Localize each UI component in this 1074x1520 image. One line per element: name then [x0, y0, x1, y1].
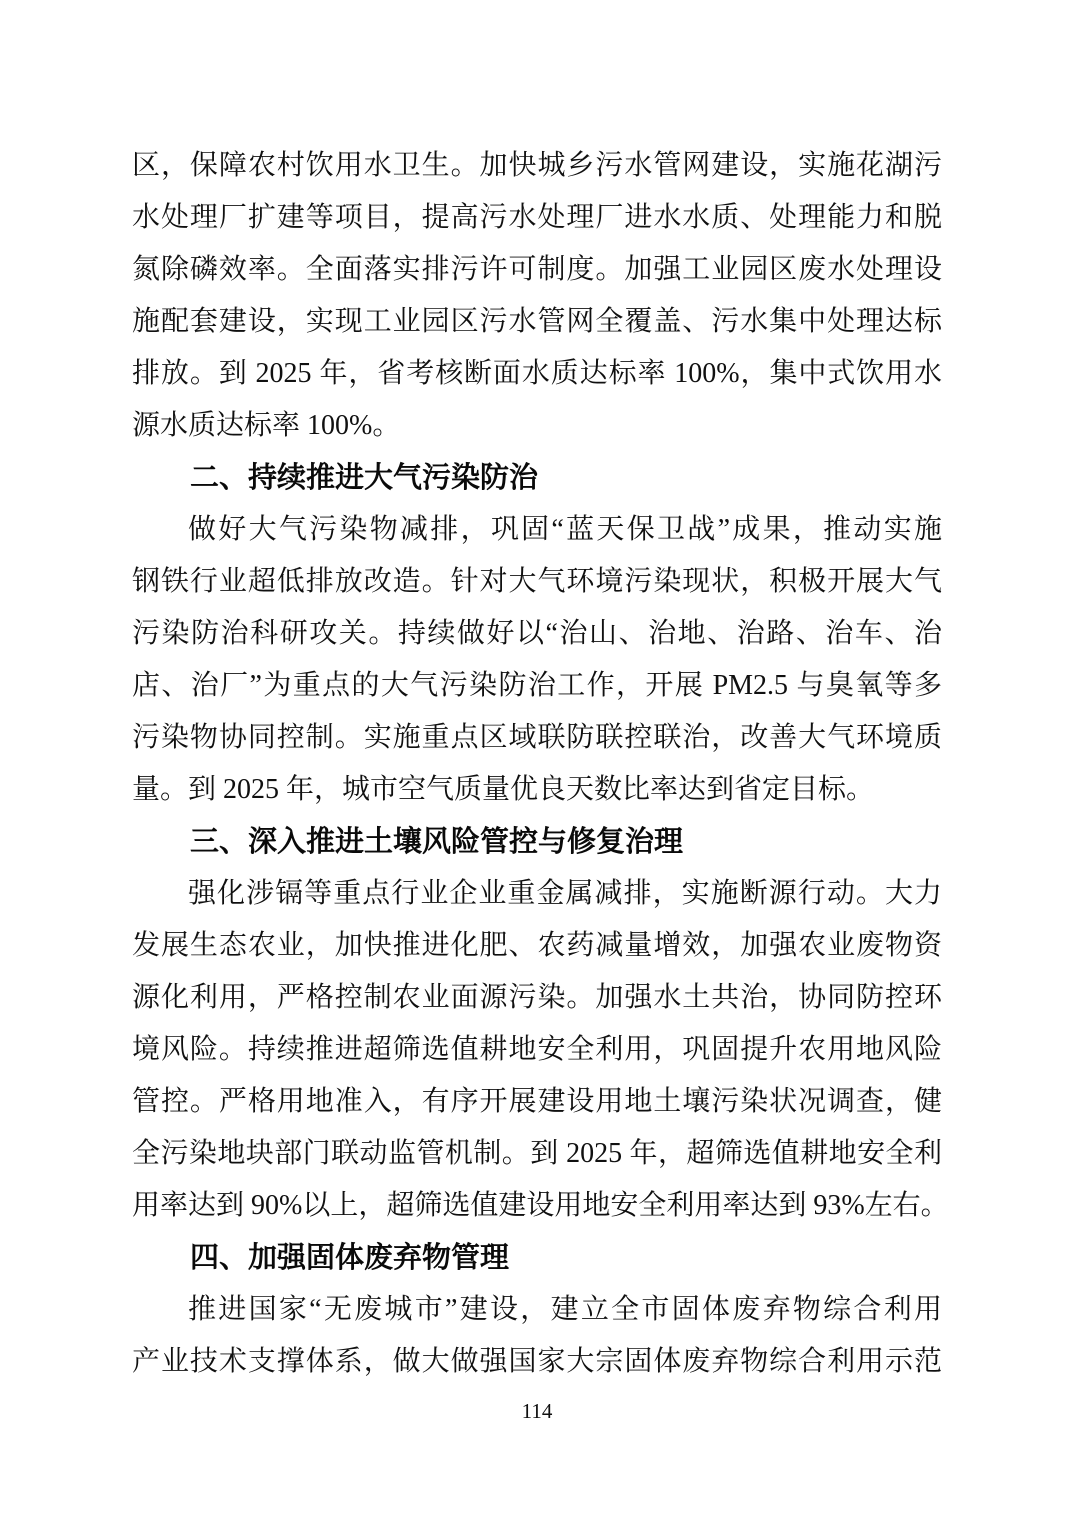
text-line: 污染物协同控制。实施重点区域联防联控联治，改善大气环境质 [132, 712, 942, 764]
page-number: 114 [522, 1398, 553, 1424]
text-line: 管控。严格用地准入，有序开展建设用地土壤污染状况调查，健 [132, 1076, 942, 1128]
text-line: 水处理厂扩建等项目，提高污水处理厂进水水质、处理能力和脱 [132, 192, 942, 244]
text-line: 排放。到 2025 年，省考核断面水质达标率 100%，集中式饮用水 [132, 348, 942, 400]
text-line: 境风险。持续推进超筛选值耕地安全利用，巩固提升农用地风险 [132, 1024, 942, 1076]
text-line: 氮除磷效率。全面落实排污许可制度。加强工业园区废水处理设 [132, 244, 942, 296]
text-line: 源化利用，严格控制农业面源污染。加强水土共治，协同防控环 [132, 972, 942, 1024]
text-line: 强化涉镉等重点行业企业重金属减排，实施断源行动。大力 [132, 868, 942, 920]
text-line: 量。到 2025 年，城市空气质量优良天数比率达到省定目标。 [132, 764, 942, 816]
section-heading-air-pollution: 二、持续推进大气污染防治 [132, 452, 942, 504]
section-heading-solid-waste: 四、加强固体废弃物管理 [132, 1232, 942, 1284]
text-line: 推进国家“无废城市”建设，建立全市固体废弃物综合利用 [132, 1284, 942, 1336]
page-footer: 114 [0, 1398, 1074, 1424]
document-body: 区，保障农村饮用水卫生。加快城乡污水管网建设，实施花湖污 水处理厂扩建等项目，提… [132, 140, 942, 1388]
text-line: 源水质达标率 100%。 [132, 400, 942, 452]
text-line: 用率达到 90%以上，超筛选值建设用地安全利用率达到 93%左右。 [132, 1180, 942, 1232]
section-heading-soil-risk: 三、深入推进土壤风险管控与修复治理 [132, 816, 942, 868]
text-line: 钢铁行业超低排放改造。针对大气环境污染现状，积极开展大气 [132, 556, 942, 608]
text-line: 全污染地块部门联动监管机制。到 2025 年，超筛选值耕地安全利 [132, 1128, 942, 1180]
text-line: 产业技术支撑体系，做大做强国家大宗固体废弃物综合利用示范 [132, 1336, 942, 1388]
text-line: 污染防治科研攻关。持续做好以“治山、治地、治路、治车、治 [132, 608, 942, 660]
text-line: 区，保障农村饮用水卫生。加快城乡污水管网建设，实施花湖污 [132, 140, 942, 192]
text-line: 做好大气污染物减排，巩固“蓝天保卫战”成果，推动实施 [132, 504, 942, 556]
document-page: 区，保障农村饮用水卫生。加快城乡污水管网建设，实施花湖污 水处理厂扩建等项目，提… [0, 0, 1074, 1520]
text-line: 发展生态农业，加快推进化肥、农药减量增效，加强农业废物资 [132, 920, 942, 972]
text-line: 店、治厂”为重点的大气污染防治工作，开展 PM2.5 与臭氧等多 [132, 660, 942, 712]
text-line: 施配套建设，实现工业园区污水管网全覆盖、污水集中处理达标 [132, 296, 942, 348]
